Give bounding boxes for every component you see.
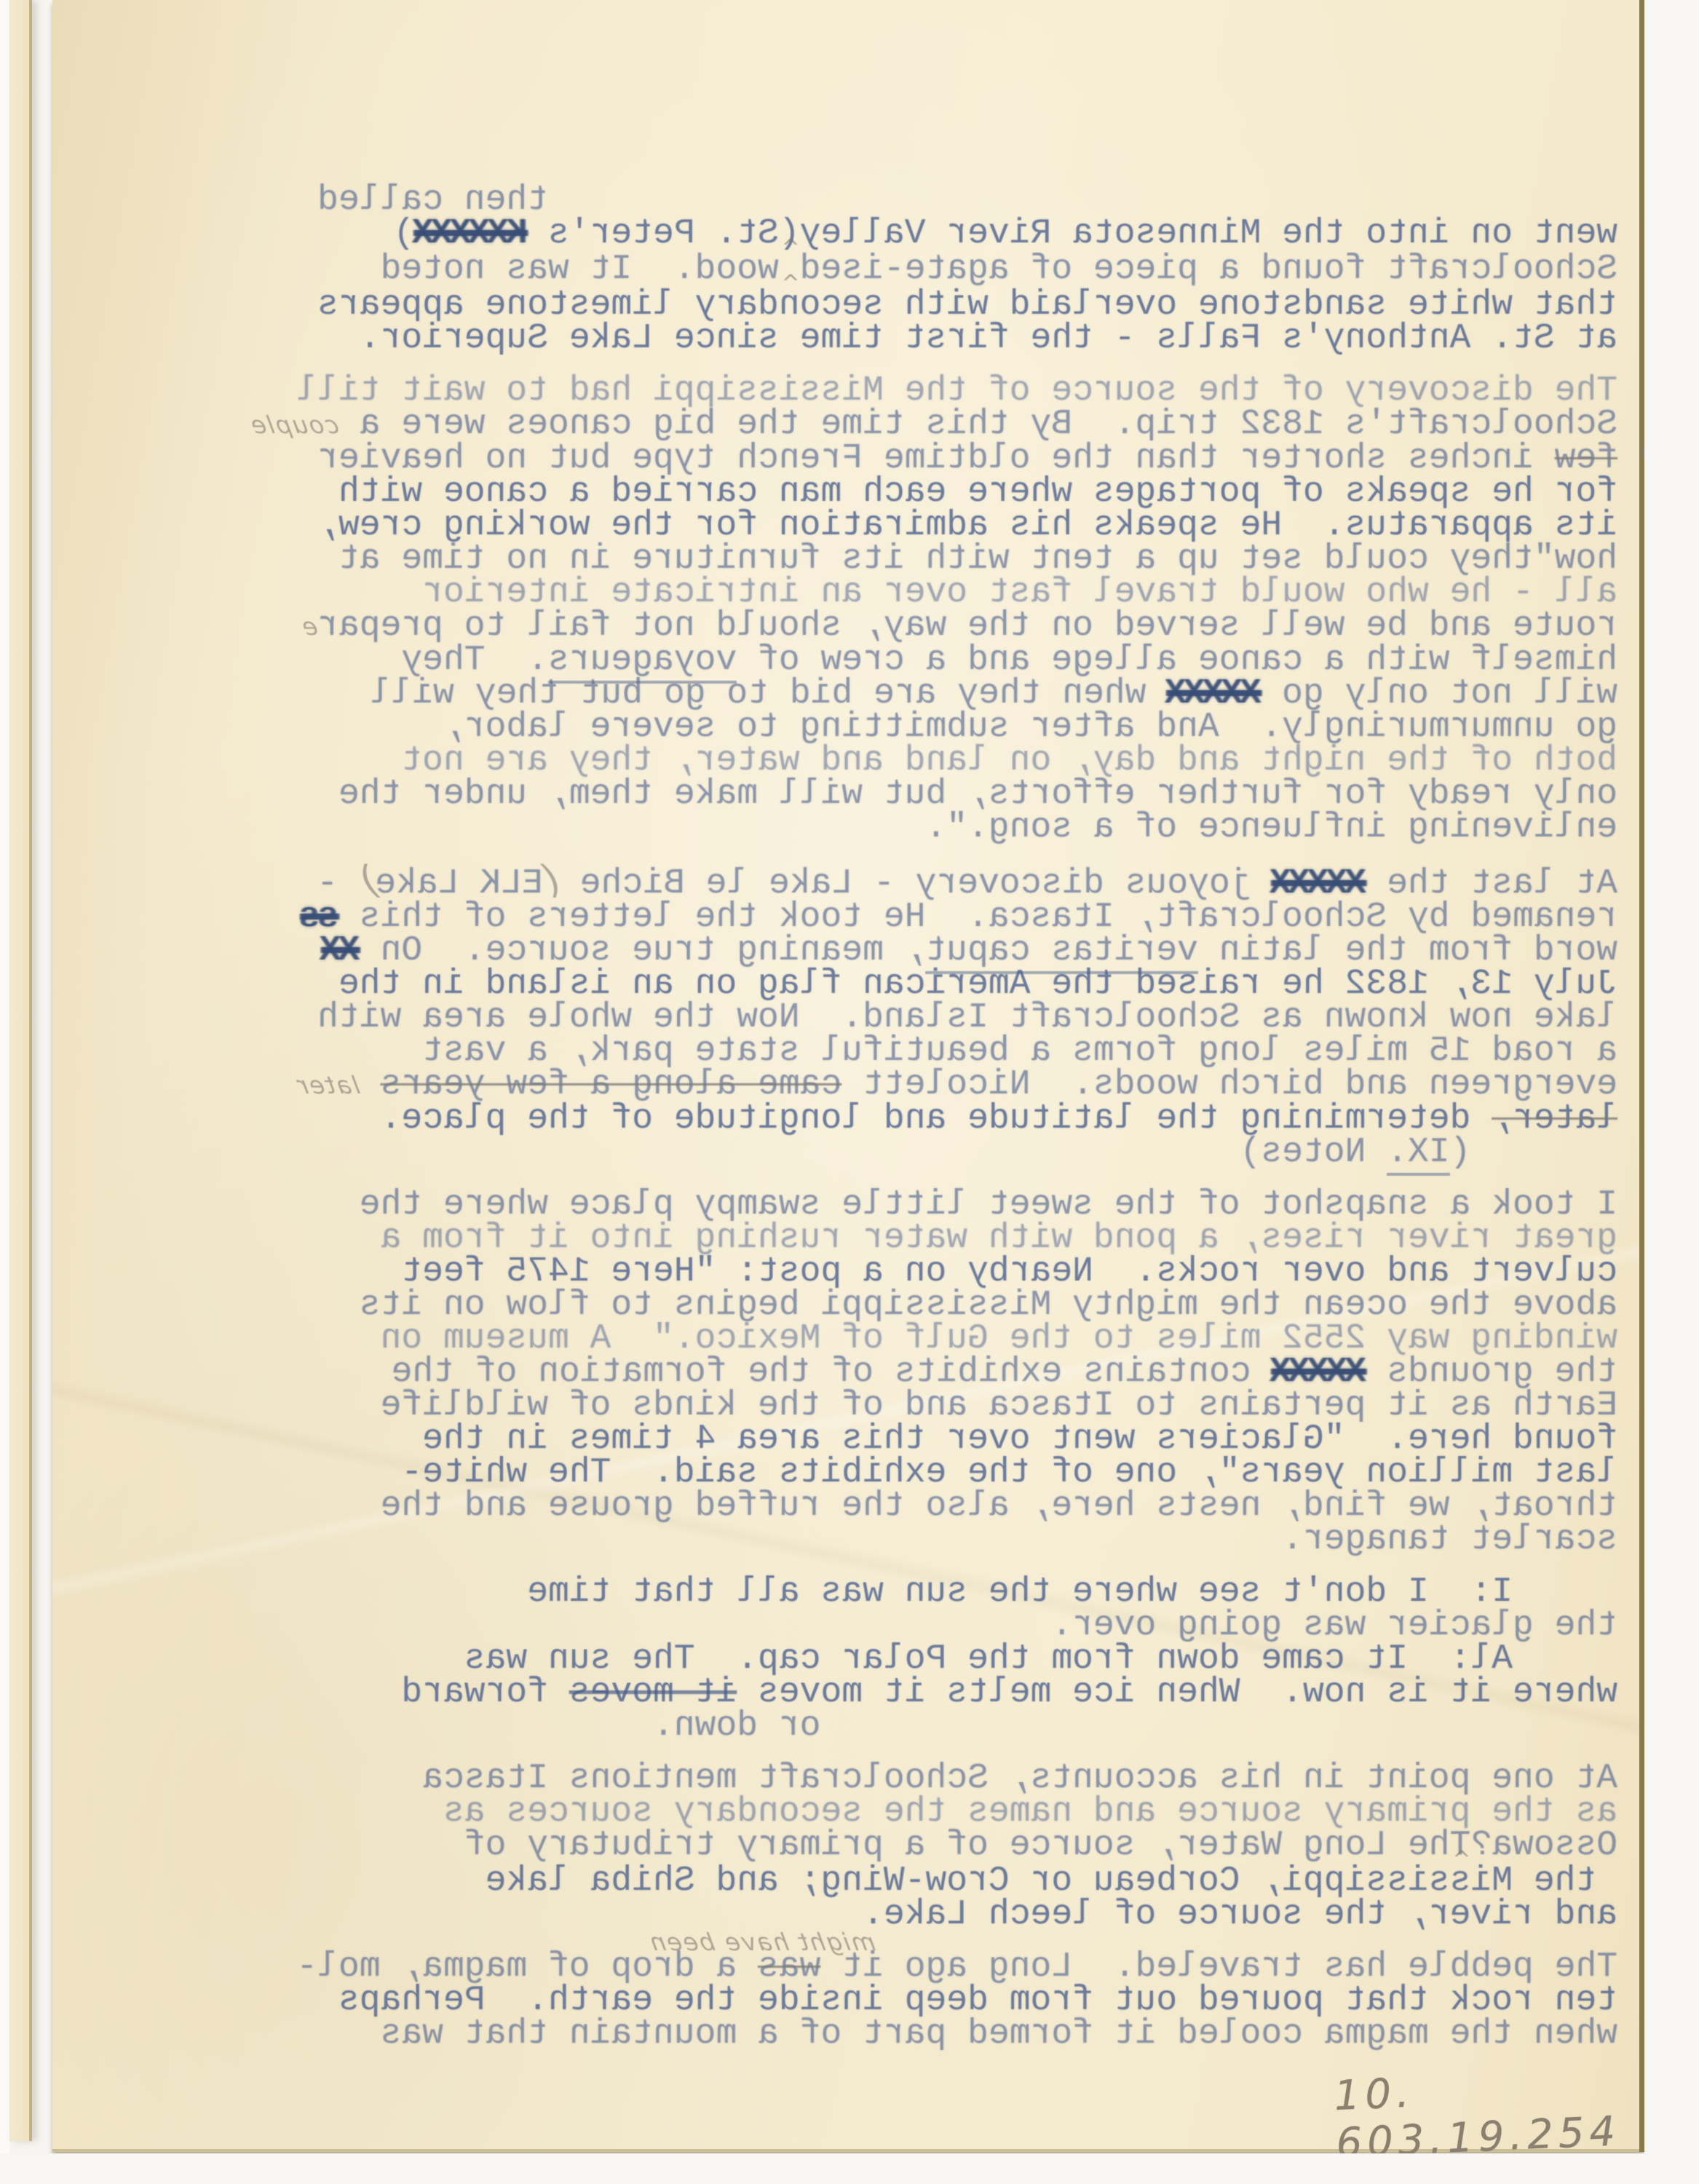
- typed-line: I took a snapshot of the sweet little sw…: [140, 1188, 1617, 1222]
- typed-segment: (: [1450, 1133, 1617, 1172]
- catalog-number: 10. 603.19.254: [1333, 2060, 1641, 2167]
- typed-segment: IX.: [1387, 1133, 1449, 1176]
- typed-line: the Mississippi, Corbeau or Crow-Wing; a…: [140, 1864, 1617, 1898]
- typed-line: enlivening influence of a song.".: [140, 811, 1617, 844]
- typed-segment: forward: [401, 1673, 569, 1712]
- typed-line: evergreen and birch woods. Nicolett came…: [140, 1068, 1617, 1102]
- typed-paragraph: At last the XXXXX joyous discovery - Lak…: [140, 863, 1617, 1169]
- typed-deletion: KXXXXX: [414, 214, 527, 253]
- typed-line: found here. "Glaciers went over this are…: [140, 1423, 1617, 1456]
- typed-line: only ready for further efforts, but will…: [140, 778, 1617, 811]
- typed-line: went on into the Minnesota River Valley^…: [140, 217, 1617, 253]
- typed-segment: or down.: [653, 1706, 1617, 1746]
- typed-line: the grounds XXXXX contains exhibits of t…: [140, 1356, 1617, 1389]
- typed-paragraph: At one point in his accounts, Schoolcraf…: [140, 1762, 1617, 1931]
- typed-segment: wood. It was noted: [381, 250, 800, 289]
- pencil-annotation: later: [293, 1069, 362, 1102]
- typed-line: Schoolcraft's 1832 trip. By this time th…: [140, 408, 1617, 442]
- typed-segment: [360, 1065, 381, 1104]
- typed-segment: Ossowa?: [1470, 1826, 1617, 1865]
- typed-line: At last the XXXXX joyous discovery - Lak…: [140, 863, 1617, 901]
- neighbor-sheet-edge: [9, 0, 32, 2141]
- typed-paragraph: The pebble has traveled. Long ago it mig…: [140, 1950, 1617, 2051]
- typed-line: route and be well served on the way, sho…: [140, 609, 1617, 644]
- typed-line: for he speaks of portages where each man…: [140, 475, 1617, 509]
- typed-paragraph: then calledwent on into the Minnesota Ri…: [140, 183, 1617, 355]
- typed-line: renamed by Schoolcraft, Itasca. He took …: [140, 901, 1617, 934]
- scanner-background-right: [1644, 0, 1699, 2184]
- typed-segment: ): [394, 214, 415, 253]
- scanner-background-left: [0, 0, 9, 2184]
- typed-line: all - he who would travel fast over an i…: [140, 576, 1617, 609]
- typed-line: Schoolcraft found a piece of agate-ised^…: [140, 253, 1617, 288]
- typed-line: above the ocean the mighty Mississippi b…: [140, 1289, 1617, 1322]
- typed-line: a road 15 miles long forms a beautiful s…: [140, 1034, 1617, 1068]
- typed-line: scarlet tanager.: [140, 1523, 1617, 1556]
- typed-line: The pebble has traveled. Long ago it mig…: [140, 1950, 1617, 1984]
- typed-line: Earth as it pertains to Itasca and of th…: [140, 1389, 1617, 1423]
- typed-line: at St. Anthony's Falls - the first time …: [140, 322, 1617, 355]
- typed-line: the glacier was going over.: [140, 1609, 1617, 1642]
- typed-line: The discovery of the source of the Missi…: [140, 374, 1617, 408]
- typed-text-layer-mirrored: then calledwent on into the Minnesota Ri…: [140, 183, 1617, 2070]
- typed-line: At one point in his accounts, Schoolcraf…: [140, 1762, 1617, 1795]
- typed-paragraph: I: I don't see where the sun was all tha…: [140, 1575, 1617, 1743]
- typed-line: I: I don't see where the sun was all tha…: [140, 1575, 1617, 1609]
- typed-line: word from the latin veritas caput, meani…: [140, 934, 1617, 968]
- typed-line: go unmurmuringly. And after submitting t…: [140, 711, 1617, 744]
- typed-line: last million years", one of the exhibits…: [140, 1456, 1617, 1489]
- typed-line: lake now known as Schoolcraft Island. No…: [140, 1001, 1617, 1034]
- typed-segment: Notes): [1240, 1133, 1387, 1172]
- scanner-background-bottom: [0, 2153, 1699, 2184]
- typed-line: (IX. Notes): [140, 1136, 1617, 1169]
- typed-line: its apparatus. He speaks his admiration …: [140, 509, 1617, 542]
- pencil-annotation: might have been: [646, 1926, 878, 1959]
- typed-segment: Schoolcraft's 1832 trip. By this time th…: [338, 405, 1617, 444]
- typed-line: how"they could set up a tent with its fu…: [140, 542, 1617, 576]
- typed-line: July 13, 1832 he raised the American fla…: [140, 968, 1617, 1001]
- typed-line: and river, the source of leech Lake.: [140, 1898, 1617, 1931]
- typed-line: 8few inches shorter than the oldtime Fre…: [140, 442, 1617, 475]
- typed-segment: enlivening influence of a song.".: [925, 808, 1617, 847]
- typed-line: where it is now. When ice melts it moves…: [140, 1676, 1617, 1709]
- typed-line: Ossowa?^The Long Water, source of a prim…: [140, 1829, 1617, 1864]
- typed-line: that white sandstone overlaid with secon…: [140, 288, 1617, 322]
- typed-paragraph: The discovery of the source of the Missi…: [140, 374, 1617, 844]
- pencil-annotation: couple: [247, 408, 341, 442]
- typed-line: ten rock that poured out from deep insid…: [140, 1984, 1617, 2017]
- typed-segment: went on into the Minnesota River Valley: [800, 214, 1617, 253]
- typed-segment: Schoolcraft found a piece of agate-ised: [800, 250, 1617, 289]
- typed-line: culvert and over rocks. Nearby on a post…: [140, 1255, 1617, 1289]
- typed-line: as the primary source and names the seco…: [140, 1795, 1617, 1829]
- typed-line: himself with a canoe allege and a crew o…: [140, 644, 1617, 677]
- typed-line: winding way 2552 miles to the Gulf of Me…: [140, 1322, 1617, 1356]
- typed-segment: came along a few years: [381, 1065, 842, 1104]
- typed-segment: The Long Water, source of a primary trib…: [464, 1826, 1471, 1865]
- typed-line: Al: It came down from the Polar cap. The…: [140, 1642, 1617, 1676]
- typed-segment: (St. Peter's: [527, 214, 799, 253]
- typed-segment: when the magma cooled it formed part of …: [381, 2014, 1617, 2054]
- document-page: then calledwent on into the Minnesota Ri…: [52, 0, 1644, 2152]
- typed-segment: and river, the source of leech Lake.: [863, 1895, 1617, 1934]
- typed-line: will not only go XXXXX when they are bid…: [140, 677, 1617, 711]
- typed-segment: route and be well served on the way, sho…: [317, 606, 1617, 646]
- typed-line: when the magma cooled it formed part of …: [140, 2017, 1617, 2051]
- typed-line: both of the night and day, on land and w…: [140, 744, 1617, 778]
- typed-paragraph: I took a snapshot of the sweet little sw…: [140, 1188, 1617, 1556]
- typed-line: or down.: [140, 1709, 1617, 1743]
- typed-line: great river rises, a pond with water rus…: [140, 1222, 1617, 1255]
- typed-line: afterlater, determining the latitude and…: [140, 1102, 1617, 1136]
- typed-segment: evergreen and birch woods. Nicolett: [841, 1065, 1617, 1104]
- typed-segment: at St. Anthony's Falls - the first time …: [360, 319, 1617, 358]
- typed-segment: scarlet tanager.: [1282, 1520, 1617, 1559]
- typed-line: then called: [140, 183, 1617, 217]
- scanned-document-view: then calledwent on into the Minnesota Ri…: [0, 0, 1699, 2184]
- typed-line: throat, we find, nests here, also the ru…: [140, 1489, 1617, 1523]
